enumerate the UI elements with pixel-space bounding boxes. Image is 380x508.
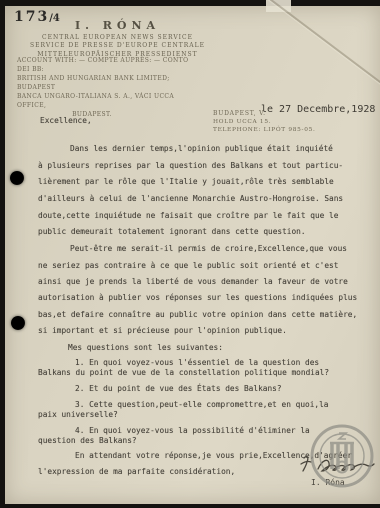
question-4-line: 4. En quoi voyez-vous la possibilité d'é… bbox=[75, 426, 310, 435]
para1-line: doute,cette inquiétude ne faisait que cr… bbox=[38, 211, 338, 220]
para2-line: ainsi que je prends la liberté de vous d… bbox=[38, 277, 348, 286]
letterhead-service-fr: SERVICE DE PRESSE D'EUROPE CENTRALE bbox=[20, 42, 215, 49]
dateline-date: le 27 Decembre,1928 bbox=[261, 104, 375, 115]
salutation: Excellence, bbox=[40, 116, 92, 125]
para1-line: lièrement par le rôle que l'Italie y jou… bbox=[38, 177, 334, 186]
dateline-telephone: TELEPHONE: LIPÓT 985-05. bbox=[213, 127, 316, 133]
closing-line: l'expression de ma parfaite considératio… bbox=[38, 467, 235, 476]
punch-hole-top bbox=[10, 171, 24, 185]
dateline-place: BUDAPEST, V. bbox=[213, 110, 266, 117]
letterhead-service-en: CENTRAL EUROPEAN NEWS SERVICE bbox=[20, 34, 215, 41]
para1-line: d'ailleurs à celui de l'ancienne Monarch… bbox=[38, 194, 343, 203]
question-1-line: Balkans du point de vue de la constellat… bbox=[38, 368, 329, 377]
letterhead: I. RÓNA CENTRAL EUROPEAN NEWS SERVICE SE… bbox=[20, 19, 215, 58]
questions-intro: Mes questions sont les suivantes: bbox=[68, 343, 223, 352]
question-1-line: 1. En quoi voyez-vous l'éssentiel de la … bbox=[75, 358, 319, 367]
para2-line: Peut-être me serait-il permis de croire,… bbox=[70, 244, 347, 253]
para2-line: si important et si précieuse pour l'opin… bbox=[38, 326, 287, 335]
bank-line-3: BANCA UNGARO-ITALIANA S. A., VÁCI UCCA O… bbox=[17, 92, 197, 110]
punch-hole-bottom bbox=[11, 316, 25, 330]
para2-line: ne seriez pas contraire à ce que le publ… bbox=[38, 261, 338, 270]
para2-line: bas,et defaire connaître au public votre… bbox=[38, 310, 357, 319]
archive-stamp-icon bbox=[306, 421, 378, 493]
para2-line: autorisation à publier vos réponses sur … bbox=[38, 293, 357, 302]
question-3-line: paix universelle? bbox=[38, 410, 118, 419]
question-4-line: question des Balkans? bbox=[38, 436, 137, 445]
para1-line: public demeurait totalement ignorant dan… bbox=[38, 227, 306, 236]
bank-line-1: ACCOUNT WITH: — COMPTE AUPRÈS: — CONTO D… bbox=[17, 56, 197, 74]
scanned-letter-page: 173/4 I. RÓNA CENTRAL EUROPEAN NEWS SERV… bbox=[0, 0, 380, 508]
letterhead-name: I. RÓNA bbox=[20, 19, 215, 32]
question-3-line: 3. Cette question,peut-elle compromettre… bbox=[75, 400, 328, 409]
question-2-line: 2. Et du point de vue des États des Balk… bbox=[75, 384, 282, 393]
dateline-address: HOLD UCCA 15. bbox=[213, 119, 271, 125]
bank-line-2: BRITISH AND HUNGARIAN BANK LIMITED; BUDA… bbox=[17, 74, 197, 92]
para1-line: Dans les dernier temps,l'opinion publiqu… bbox=[70, 144, 333, 153]
para1-line: à plusieurs reprises par la question des… bbox=[38, 161, 343, 170]
letterhead-bank-block: ACCOUNT WITH: — COMPTE AUPRÈS: — CONTO D… bbox=[17, 56, 197, 119]
